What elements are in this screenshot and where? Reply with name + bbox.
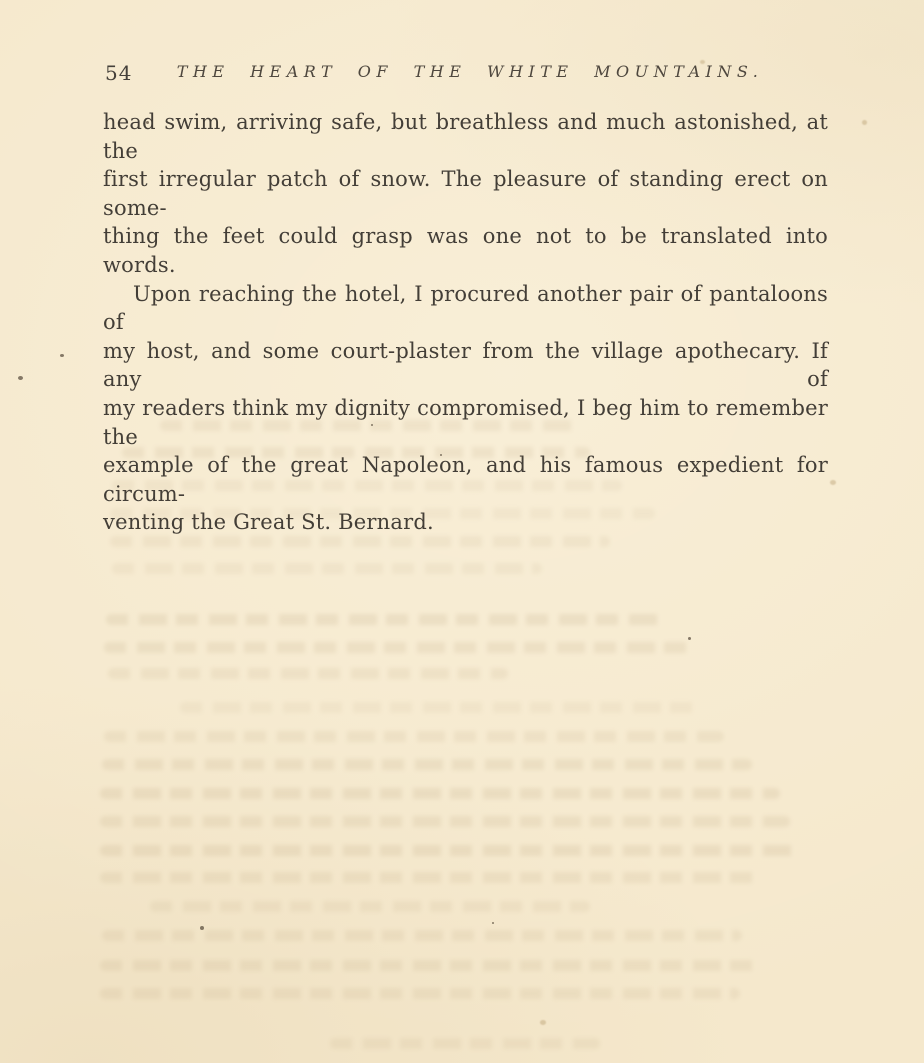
page-number: 54 xyxy=(105,61,132,85)
text-line: Upon reaching the hotel, I procured anot… xyxy=(103,280,828,337)
running-header: 54 THE HEART OF THE WHITE MOUNTAINS. xyxy=(103,58,827,88)
text-line: head swim, arriving safe, but breathless… xyxy=(103,108,828,165)
text-line: example of the great Napoleon, and his f… xyxy=(103,451,828,508)
running-title: THE HEART OF THE WHITE MOUNTAINS. xyxy=(143,62,797,81)
text-line: my readers think my dignity compromised,… xyxy=(103,394,828,451)
text-line: venting the Great St. Bernard. xyxy=(103,508,828,537)
text-line: my host, and some court-plaster from the… xyxy=(103,337,828,394)
text-line: first irregular patch of snow. The pleas… xyxy=(103,165,828,222)
book-page: 54 THE HEART OF THE WHITE MOUNTAINS. hea… xyxy=(0,0,924,1063)
text-line: thing the feet could grasp was one not t… xyxy=(103,222,828,279)
body-text: head swim, arriving safe, but breathless… xyxy=(103,108,828,537)
